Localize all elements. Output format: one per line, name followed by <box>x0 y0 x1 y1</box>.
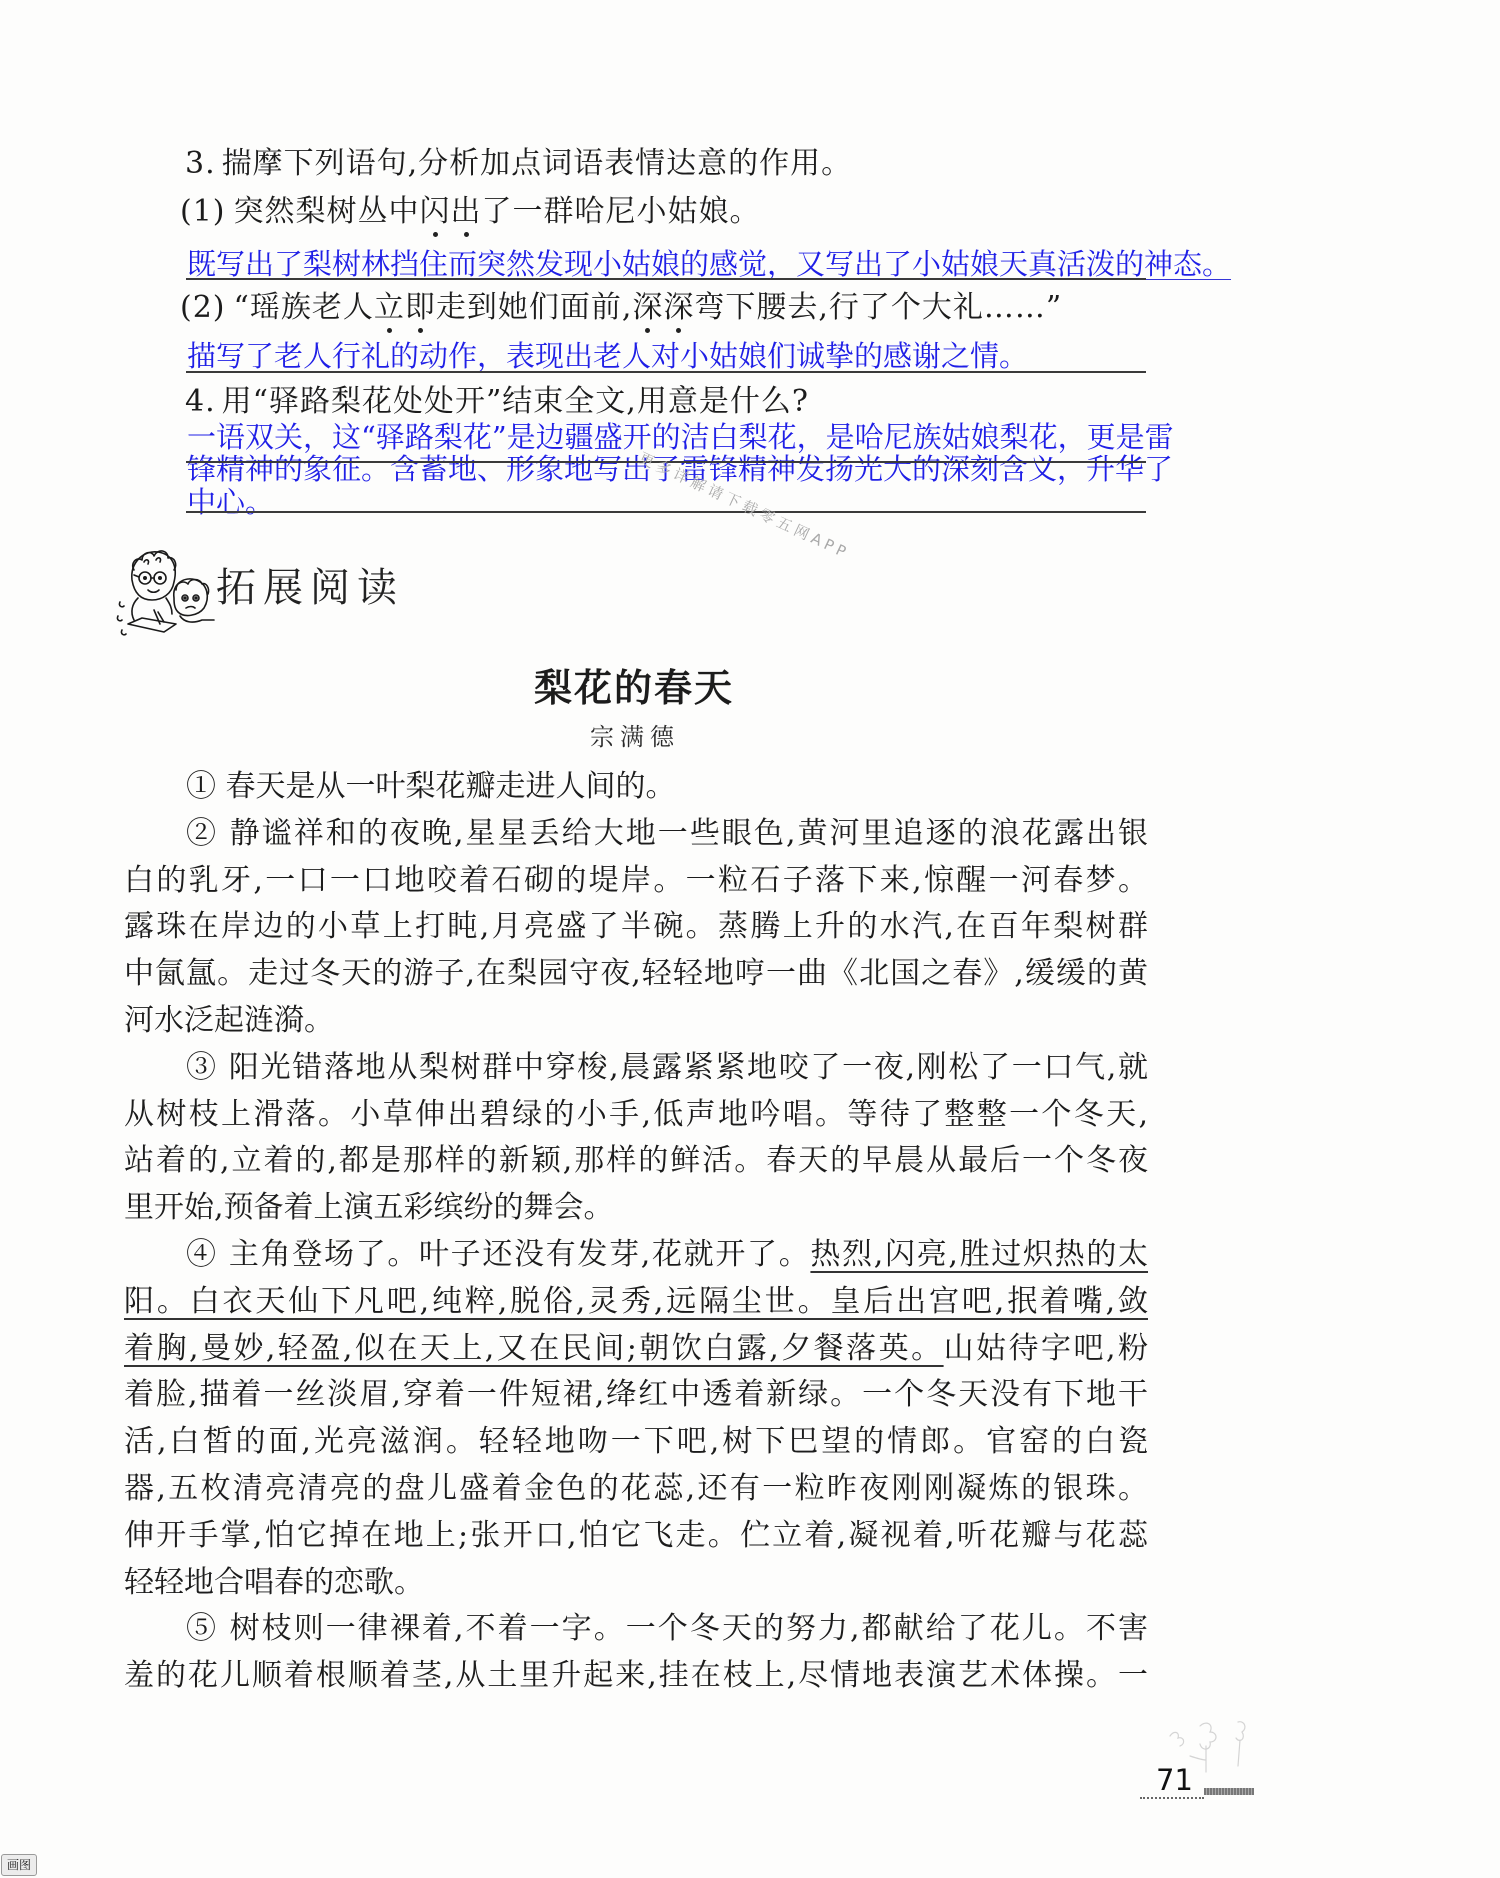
paragraph-3-line: 从树枝上滑落。小草伸出碧绿的小手,低声地吟唱。等待了整整一个冬天, <box>124 1092 1148 1139</box>
paragraph-2-line: 河水泛起涟漪。 <box>124 998 1148 1045</box>
emphasis-dotted-char: 闪 <box>420 194 451 230</box>
emphasis-dotted-char: 深 <box>632 290 663 326</box>
paragraph-3-line: 站着的,立着的,都是那样的新颖,那样的鲜活。春天的早晨从最后一个冬夜 <box>124 1138 1148 1185</box>
draw-button[interactable]: 画图 <box>1 1854 37 1876</box>
answer-ruled-line <box>186 511 1146 513</box>
reading-kids-icon <box>114 540 218 644</box>
sentence-text: 突然梨树丛中 <box>234 194 420 229</box>
emphasis-dotted-char: 出 <box>451 194 482 230</box>
paragraph-4-line: 器,五枚清亮清亮的盘儿盛着金色的花蕊,还有一粒昨夜刚刚凝炼的银珠。 <box>124 1466 1148 1513</box>
answer-ruled-line <box>186 371 1146 373</box>
sentence-text: 了一群哈尼小姑娘。 <box>482 194 761 229</box>
page-number: 71 <box>1156 1764 1193 1796</box>
paragraph-1-line: ① 春天是从一叶梨花瓣走进人间的。 <box>124 764 1148 811</box>
paragraph-4-line: 着脸,描着一丝淡眉,穿着一件短裙,绛红中透着新绿。一个冬天没有下地干 <box>124 1372 1148 1419</box>
page-number-bar <box>1204 1788 1254 1795</box>
paragraph-4-line: 着胸,曼妙,轻盈,似在天上,又在民间;朝饮白露,夕餐落英。山姑待字吧,粉 <box>124 1326 1148 1373</box>
answer-ruled-line <box>186 278 1146 280</box>
question-number: 3. <box>185 146 216 181</box>
underlined-text: 热烈,闪亮,胜过炽热的太 <box>810 1237 1148 1272</box>
paragraph-4-line: 轻轻地合唱春的恋歌。 <box>124 1560 1148 1607</box>
question-3-2: (2)“瑶族老人立即走到她们面前,深深弯下腰去,行了个大礼……” <box>180 290 1062 326</box>
question-4: 4.用“驿路梨花处处开”结束全文,用意是什么? <box>185 384 809 420</box>
sentence-text: 走到她们面前, <box>436 290 633 325</box>
paragraph-2-line: 露珠在岸边的小草上打盹,月亮盛了半碗。蒸腾上升的水汽,在百年梨树群 <box>124 904 1148 951</box>
question-text: 用“驿路梨花处处开”结束全文,用意是什么? <box>222 384 809 419</box>
paragraph-4-line: ④ 主角登场了。叶子还没有发芽,花就开了。热烈,闪亮,胜过炽热的太 <box>124 1232 1148 1279</box>
question-3: 3.揣摩下列语句,分析加点词语表情达意的作用。 <box>185 146 852 182</box>
paragraph-2-line: 中氤氲。走过冬天的游子,在梨园守夜,轻轻地哼一曲《北国之春》,缓缓的黄 <box>124 951 1148 998</box>
sub-question-label: (2) <box>180 290 226 325</box>
article-author: 宗满德 <box>0 722 1270 752</box>
paragraph-5-line: ⑤ 树枝则一律裸着,不着一字。一个冬天的努力,都献给了花儿。不害 <box>124 1606 1148 1653</box>
emphasis-dotted-char: 深 <box>663 290 694 326</box>
sentence-text: “瑶族老人 <box>234 290 374 325</box>
underlined-text: 阳。白衣天仙下凡吧,纯粹,脱俗,灵秀,远隔尘世。皇后出宫吧,抿着嘴,敛 <box>124 1284 1148 1319</box>
question-text: 揣摩下列语句,分析加点词语表情达意的作用。 <box>222 146 853 181</box>
answer-3-2: 描写了老人行礼的动作，表现出老人对小姑娘们诚挚的感谢之情。 <box>187 338 1028 374</box>
question-number: 4. <box>185 384 216 419</box>
answer-3-1: 既写出了梨树林挡住而突然发现小姑娘的感觉，又写出了小姑娘天真活泼的神态。 <box>187 246 1231 282</box>
article-title: 梨花的春天 <box>0 666 1268 710</box>
emphasis-dotted-char: 立 <box>374 290 405 326</box>
paragraph-4-line: 阳。白衣天仙下凡吧,纯粹,脱俗,灵秀,远隔尘世。皇后出宫吧,抿着嘴,敛 <box>124 1279 1148 1326</box>
paragraph-5-line: 羞的花儿顺着根顺着茎,从土里升起来,挂在枝上,尽情地表演艺术体操。一 <box>124 1653 1148 1700</box>
paragraph-2-line: ② 静谧祥和的夜晚,星星丢给大地一些眼色,黄河里追逐的浪花露出银 <box>124 811 1148 858</box>
emphasis-dotted-char: 即 <box>405 290 436 326</box>
sentence-text: 弯下腰去,行了个大礼……” <box>694 290 1062 325</box>
question-3-1: (1)突然梨树丛中闪出了一群哈尼小姑娘。 <box>180 194 761 230</box>
underlined-text: 着胸,曼妙,轻盈,似在天上,又在民间;朝饮白露,夕餐落英。 <box>124 1331 944 1366</box>
paragraph-3-line: 里开始,预备着上演五彩缤纷的舞会。 <box>124 1185 1148 1232</box>
paragraph-4-line: 伸开手掌,怕它掉在地上;张开口,怕它飞走。伫立着,凝视着,听花瓣与花蕊 <box>124 1513 1148 1560</box>
plain-text: ④ 主角登场了。叶子还没有发芽,花就开了。 <box>186 1237 810 1272</box>
paragraph-4-line: 活,白皙的面,光亮滋润。轻轻地吻一下吧,树下巴望的情郎。官窑的白瓷 <box>124 1419 1148 1466</box>
sub-question-label: (1) <box>180 194 226 229</box>
answer-4-line: 中心。 <box>187 484 274 520</box>
answer-4-line: 一语双关，这“驿路梨花”是边疆盛开的洁白梨花，是哈尼族姑娘梨花，更是雷 <box>187 419 1174 455</box>
section-title: 拓展阅读 <box>216 564 404 612</box>
article-body: ① 春天是从一叶梨花瓣走进人间的。 ② 静谧祥和的夜晚,星星丢给大地一些眼色,黄… <box>124 764 1148 1700</box>
paragraph-3-line: ③ 阳光错落地从梨树群中穿梭,晨露紧紧地咬了一夜,刚松了一口气,就 <box>124 1045 1148 1092</box>
plain-text: 山姑待字吧,粉 <box>944 1331 1148 1366</box>
page-number-underline <box>1140 1797 1204 1799</box>
paragraph-2-line: 白的乳牙,一口一口地咬着石砌的堤岸。一粒石子落下来,惊醒一河春梦。 <box>124 858 1148 905</box>
